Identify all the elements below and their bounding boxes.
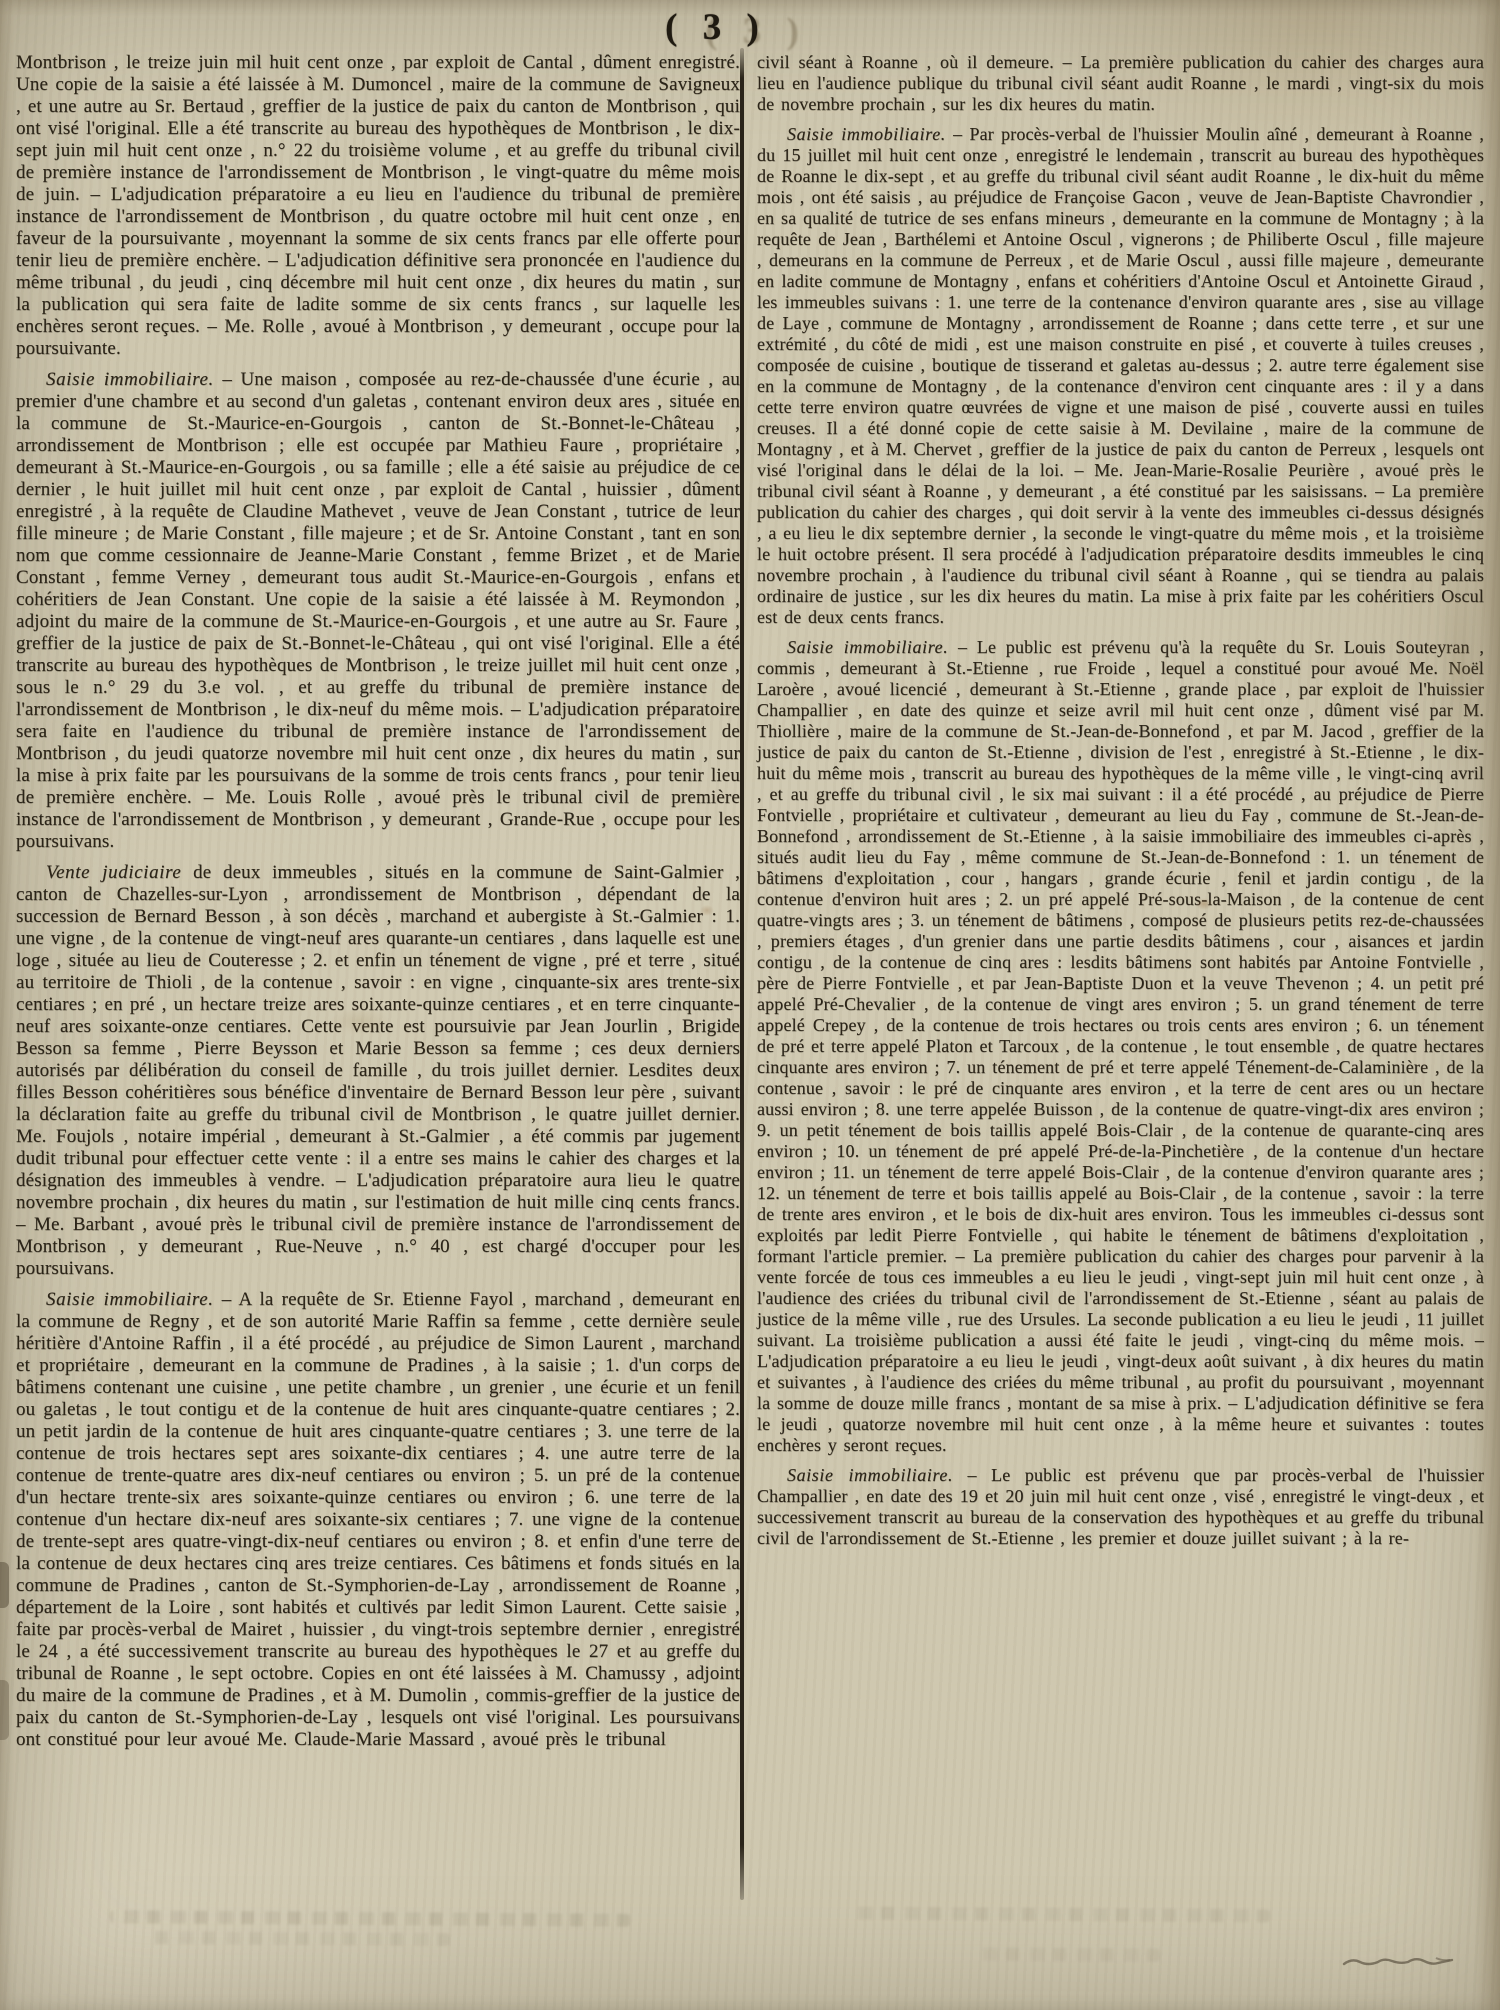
column-right: civil séant à Roanne , où il demeure. – … [757,52,1484,1558]
paragraph: Saisie immobiliaire. – Par procès-verbal… [757,124,1484,628]
bleed-through-mark [150,1931,450,1946]
column-divider [740,48,744,1900]
paragraph: Vente judiciaire de deux immeubles , sit… [16,862,740,1280]
paragraph: Saisie immobiliaire. – A la requête de S… [16,1289,740,1751]
paragraph: Saisie immobiliaire. – Le public est pré… [757,637,1484,1456]
paragraph-lead: Vente judiciaire [46,862,181,883]
paragraph: Montbrison , le treize juin mil huit cen… [16,52,740,360]
column-left: Montbrison , le treize juin mil huit cen… [16,52,740,1760]
page-number: ( 3 ) [636,6,796,49]
scanned-document-page: ( 3 ) Montbrison , le treize juin mil hu… [0,0,1500,2010]
paragraph-lead: Saisie immobiliaire. [787,637,948,657]
paragraph-lead: Saisie immobiliaire. [787,1465,953,1485]
paper-edge-chip [0,1562,9,1608]
paragraph-lead: Saisie immobiliaire. [787,124,946,144]
paper-edge-chip [0,1680,9,1740]
paragraph-lead: Saisie immobiliaire. [46,369,214,390]
bleed-through-mark [110,1910,630,1927]
paragraph: Saisie immobiliaire. – Le public est pré… [757,1465,1484,1549]
bleed-through-mark [980,1947,1160,1961]
paragraph: civil séant à Roanne , où il demeure. – … [757,52,1484,115]
paragraph: Saisie immobiliaire. – Une maison , comp… [16,369,740,853]
handwritten-mark [1340,1950,1460,1974]
paragraph-lead: Saisie immobiliaire. [46,1289,214,1310]
bleed-through-mark [850,1907,1270,1923]
